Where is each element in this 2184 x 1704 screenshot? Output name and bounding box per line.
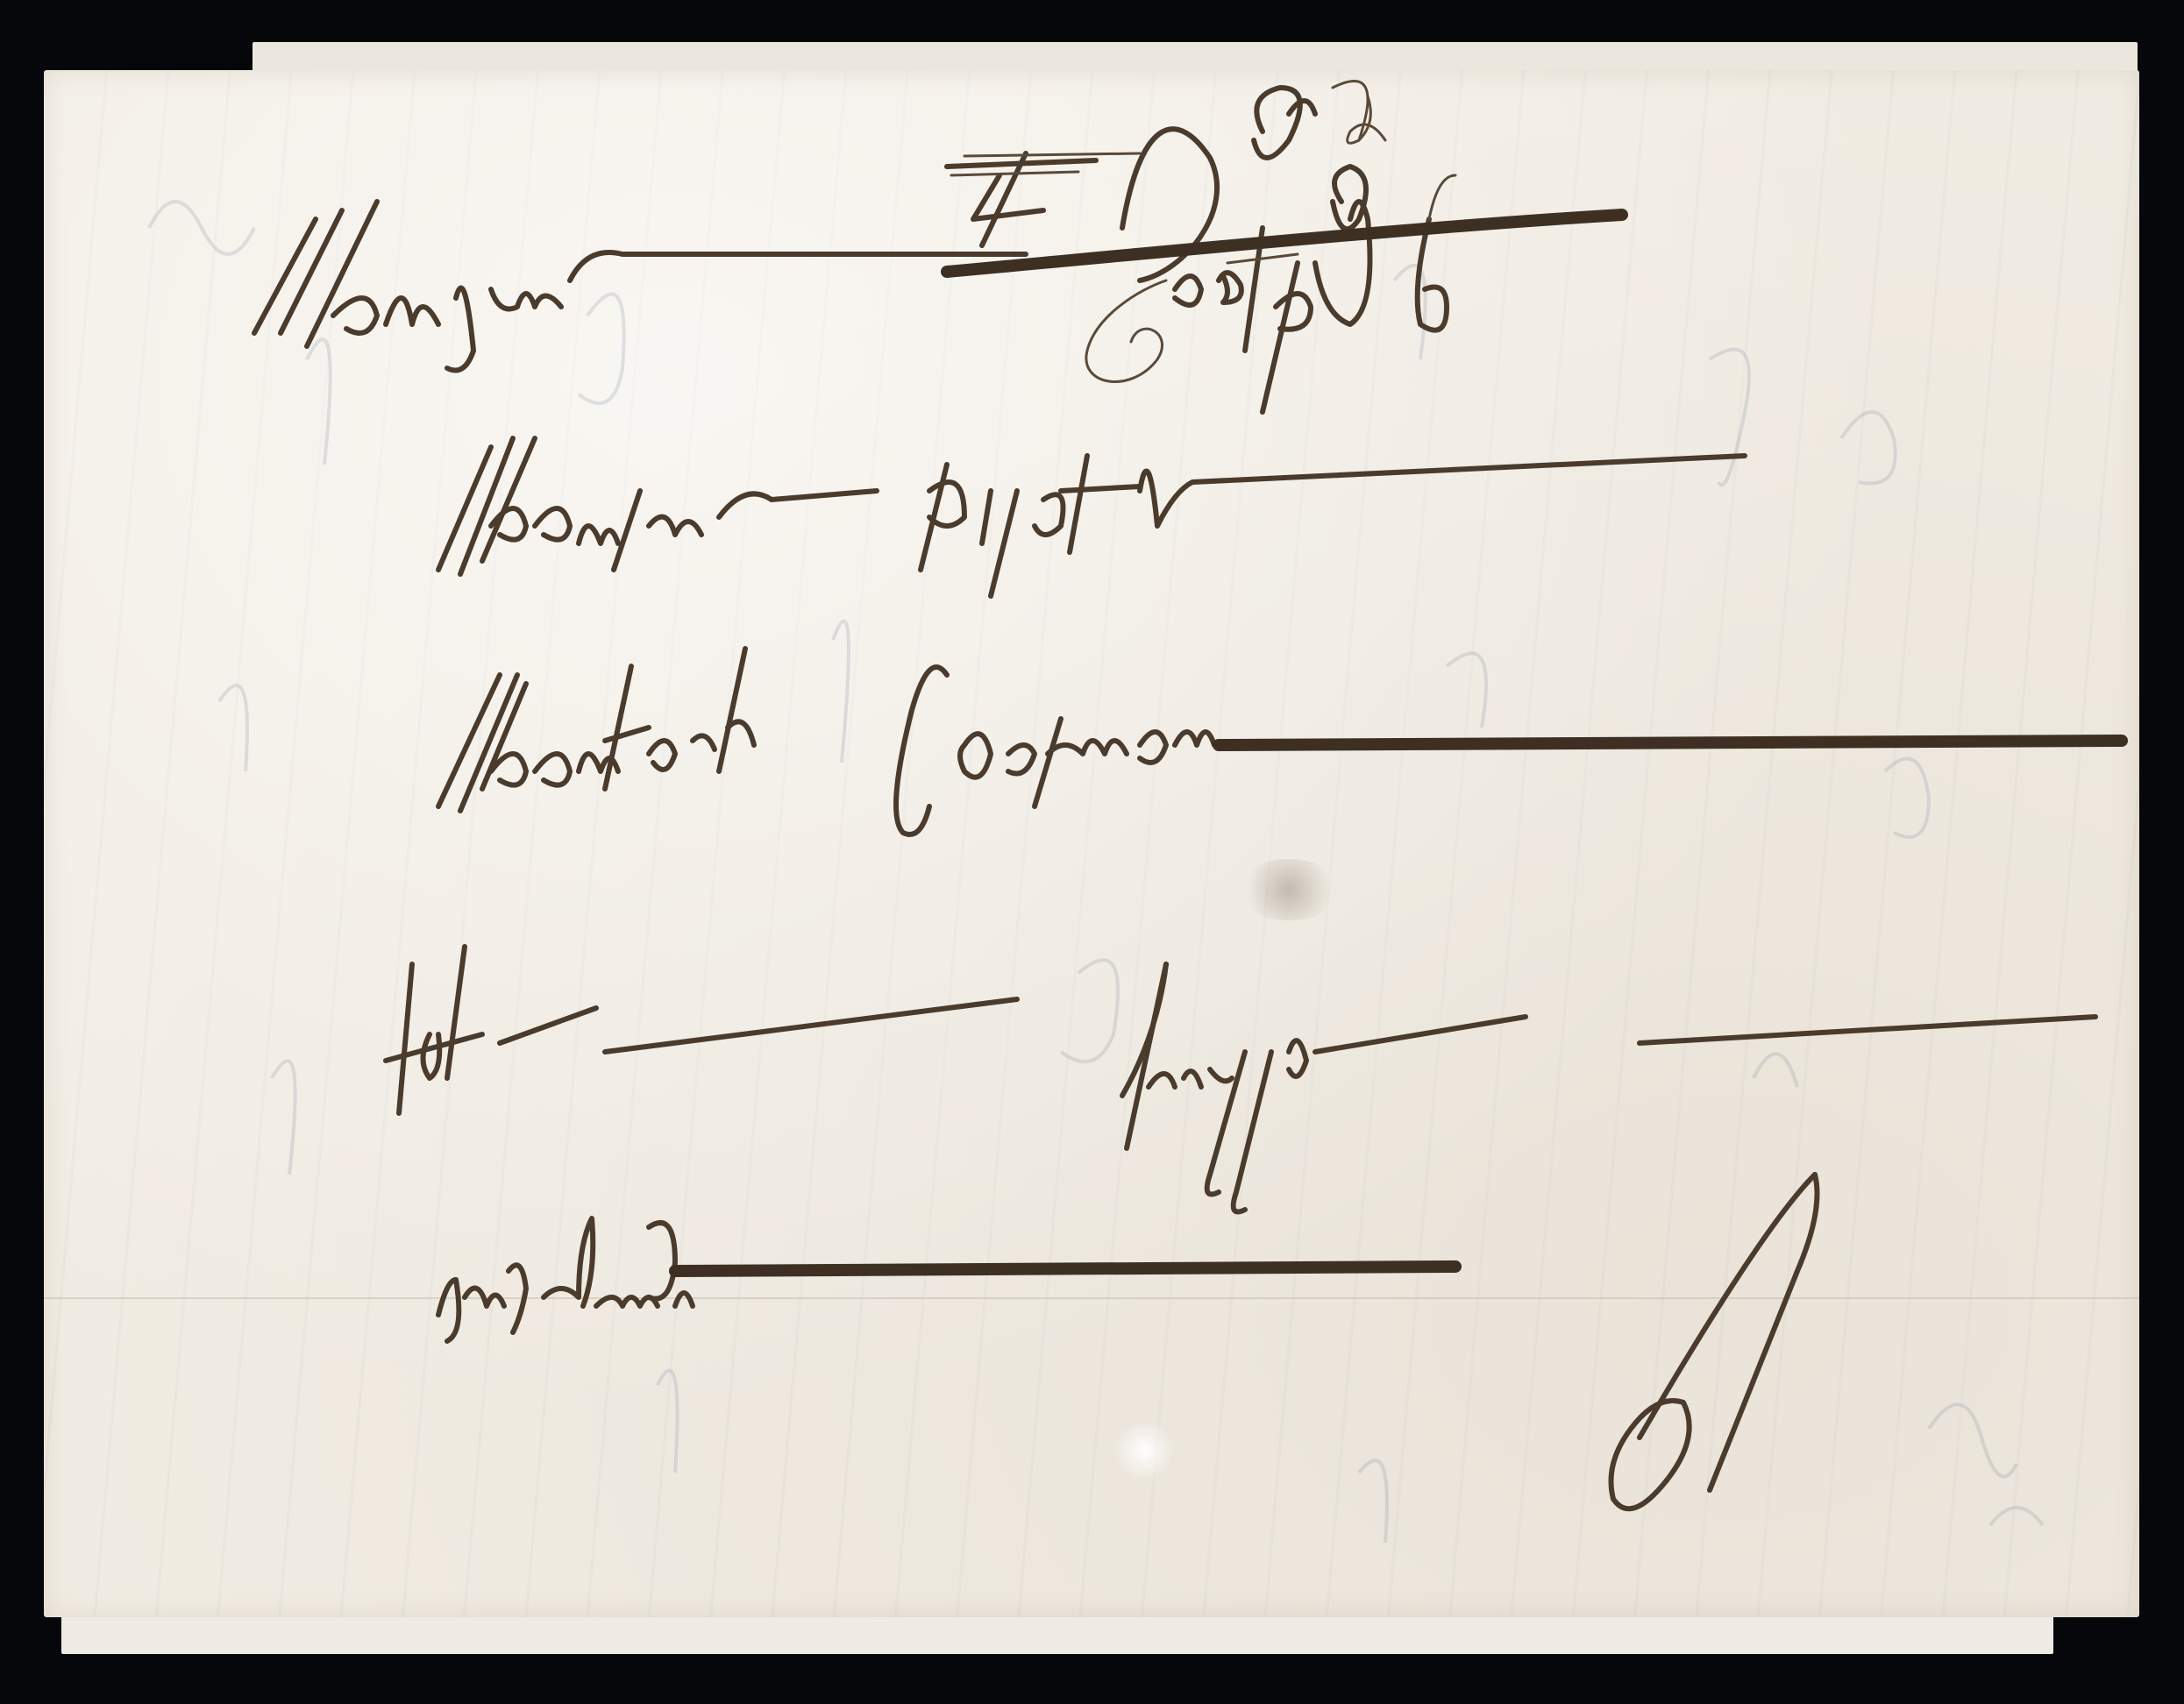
- address-line-2-name-text: pijeter: [921, 438, 1271, 560]
- post-paid-text: Post pd 6: [1087, 149, 1540, 261]
- address-line-2-title-text: Moonsuer: [438, 438, 975, 560]
- address-line-4-prefix-text: tot: [386, 964, 534, 1086]
- large-rate-text: 6: [1648, 1192, 1804, 1478]
- address-line-3-surname-text: Coeyman: [903, 675, 1399, 797]
- address-line-1-text: Monsuer: [254, 210, 728, 332]
- crossed-numeral-text: 4: [973, 140, 1023, 232]
- photo-stage: Monsuer Moonsuer pijeter Moontach Coeyma…: [0, 0, 2184, 1704]
- address-line-3-name-text: Moontach: [438, 675, 972, 797]
- address-line-5-text: en vlaunder: [438, 1227, 1021, 1339]
- ink-smudge: [1236, 859, 1341, 920]
- seal-remnant: [1113, 1420, 1175, 1481]
- corner-rate-text: 9d: [1254, 79, 1343, 160]
- address-line-4-city-text: brugge: [1131, 964, 1513, 1086]
